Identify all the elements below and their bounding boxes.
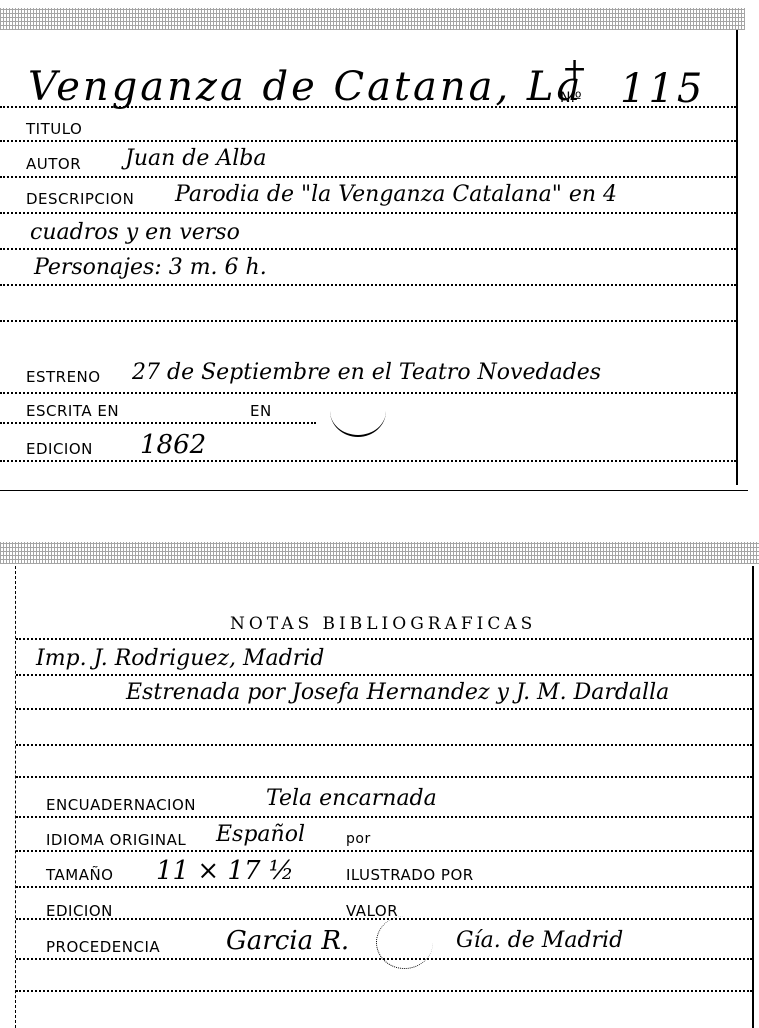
stamp-mark: [330, 385, 386, 437]
autor-value: Juan de Alba: [125, 146, 267, 171]
card-bottom-edge: [0, 490, 748, 491]
scan-noise-mid: [0, 542, 759, 564]
por-label: por: [346, 831, 371, 847]
autor-label: AUTOR: [26, 155, 81, 173]
rule: [0, 460, 736, 462]
estreno-label: ESTRENO: [26, 368, 101, 386]
rule: [16, 708, 752, 710]
title-value: Venganza de Catana, La: [28, 64, 583, 110]
cross-mark: +: [562, 52, 587, 87]
rule: [0, 212, 736, 214]
rule: [0, 422, 316, 424]
stamp-mark: [376, 916, 433, 969]
notes-line2: Estrenada por Josefa Hernandez y J. M. D…: [126, 680, 669, 705]
rule: [16, 744, 752, 746]
rule: [0, 176, 736, 178]
idioma-value: Español: [216, 822, 305, 847]
procedencia-value: Garcia R.: [226, 926, 349, 956]
rule: [16, 850, 752, 852]
rule: [0, 320, 736, 322]
encuadernacion-value: Tela encarnada: [266, 786, 437, 811]
procedencia-label: PROCEDENCIA: [46, 938, 160, 956]
procedencia-value2: Gía. de Madrid: [456, 928, 623, 953]
rule: [16, 918, 752, 920]
titulo-label: TITULO: [26, 120, 82, 138]
rule: [0, 248, 736, 250]
descripcion-line2: cuadros y en verso: [30, 220, 240, 245]
edicion-label: EDICION: [26, 440, 93, 458]
descripcion-label: DESCRIPCION: [26, 190, 134, 208]
notes-heading: NOTAS BIBLIOGRAFICAS: [230, 614, 536, 634]
tamano-label: TAMAÑO: [46, 866, 114, 884]
catalog-card-back: NOTAS BIBLIOGRAFICAS Imp. J. Rodriguez, …: [15, 566, 754, 1028]
descripcion-value: Parodia de "la Venganza Catalana" en 4: [175, 182, 617, 207]
ilustrado-por-label: ILUSTRADO POR: [346, 866, 474, 884]
notes-line1: Imp. J. Rodriguez, Madrid: [36, 646, 324, 671]
edicion-value: 1862: [140, 430, 206, 460]
rule: [0, 140, 736, 142]
rule: [16, 674, 752, 676]
escrita-en-label: ESCRITA EN: [26, 402, 119, 420]
idioma-label: IDIOMA ORIGINAL: [46, 831, 186, 849]
encuadernacion-label: ENCUADERNACION: [46, 796, 196, 814]
en-label: EN: [250, 402, 272, 420]
tamano-value: 11 × 17 ½: [156, 856, 294, 886]
estreno-value: 27 de Septiembre en el Teatro Novedades: [132, 360, 601, 385]
rule: [16, 958, 752, 960]
personajes-value: Personajes: 3 m. 6 h.: [34, 255, 267, 280]
number-label: N.º: [560, 90, 582, 106]
rule: [16, 816, 752, 818]
rule: [16, 776, 752, 778]
catalog-card-front: Venganza de Catana, La + N.º 115 TITULO …: [0, 30, 738, 485]
scan-noise-top: [0, 8, 745, 30]
rule: [16, 990, 752, 992]
rule: [0, 284, 736, 286]
rule: [0, 106, 736, 108]
rule: [16, 638, 752, 640]
rule: [16, 886, 752, 888]
